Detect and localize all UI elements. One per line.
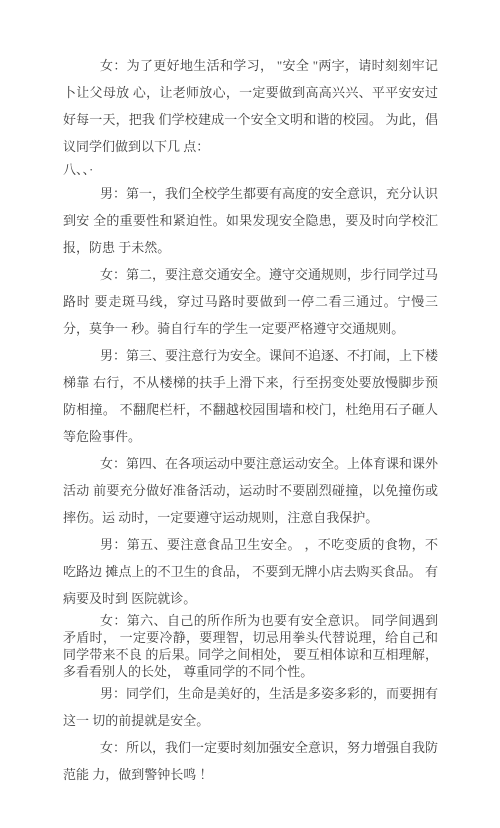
document-page: 女：为了更好地生活和学习， "安全 "两字，请时刻刻牢记 卜让父母放 心，让老师…: [0, 0, 500, 828]
paragraph-stray-marks: 八、、·: [63, 160, 438, 180]
paragraph-point-3-male: 男：第三、要注意行为安全。课间不追逐、不打闹，上下楼梯靠 右行，不从楼梯的扶手上…: [63, 342, 438, 450]
paragraph-closing-female: 女：所以，我们一定要时刻加强安全意识，努力增强自我防范能 力，做到警钟长鸣 ！: [63, 734, 438, 788]
paragraph-intro-female: 女：为了更好地生活和学习， "安全 "两字，请时刻刻牢记 卜让父母放 心，让老师…: [63, 52, 438, 160]
paragraph-point-4-female: 女：第四、在各项运动中要注意运动安全。上体育课和课外活动 前要充分做好准备活动，…: [63, 450, 438, 531]
paragraph-point-5-male: 男：第五、要注意食品卫生安全。 ，不吃变质的食物，不吃路边 摊点上的不卫生的食品…: [63, 531, 438, 612]
paragraph-point-2-female: 女：第二，要注意交通安全。遵守交通规则，步行同学过马路时 要走斑马线，穿过马路时…: [63, 261, 438, 342]
paragraph-closing-male: 男：同学们，生命是美好的，生活是多姿多彩的，而要拥有这一 切的前提就是安全。: [63, 680, 438, 734]
document-body: 女：为了更好地生活和学习， "安全 "两字，请时刻刻牢记 卜让父母放 心，让老师…: [0, 0, 500, 828]
paragraph-point-1-male: 男：第一，我们全校学生都要有高度的安全意识，充分认识到安 全的重要性和紧迫性。如…: [63, 180, 438, 261]
paragraph-point-6-female: 女：第六、自己的所作所为也要有安全意识。 同学间遇到矛盾时， 一定要冷静，要理智…: [63, 612, 438, 680]
